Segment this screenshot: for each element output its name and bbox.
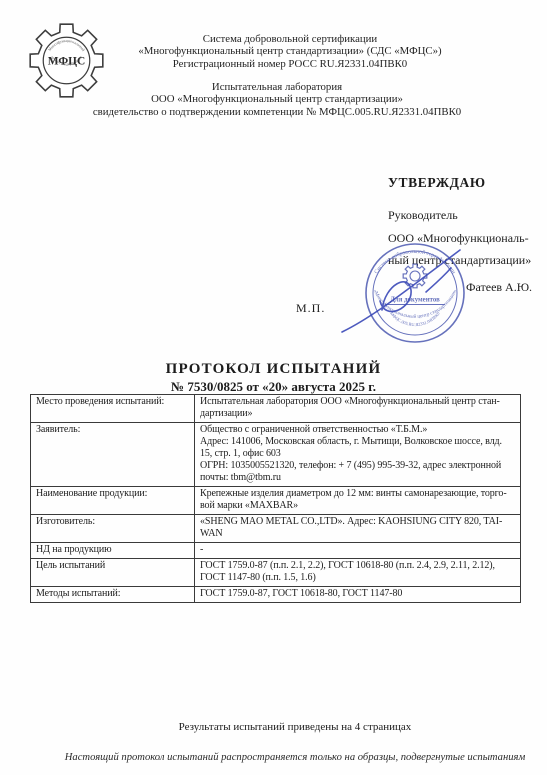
row-value: Общество с ограниченной ответственностью… [195,423,521,487]
row-label: Цель испытаний [31,559,195,587]
row-value: ГОСТ 1759.0-87 (п.п. 2.1, 2.2), ГОСТ 106… [195,559,521,587]
cert-line-1: Система добровольной сертификации [80,33,500,45]
row-label: НД на продукцию [31,543,195,559]
cert-line-2: «Многофункциональный центр стандартизаци… [80,45,500,57]
approval-role: Руководитель [388,204,547,227]
table-row-product: Наименование продукции: Крепежные издели… [31,487,521,515]
row-value: - [195,543,521,559]
row-label: Место проведения испытаний: [31,395,195,423]
table-row-purpose: Цель испытаний ГОСТ 1759.0-87 (п.п. 2.1,… [31,559,521,587]
row-label: Методы испытаний: [31,587,195,603]
lab-line-2: ООО «Многофункциональный центр стандарти… [27,93,527,105]
signature-icon [330,238,480,343]
disclaimer-note: Настоящий протокол испытаний распростран… [43,752,547,763]
cert-line-3: Регистрационный номер РОСС RU.Я2331.04ПВ… [80,58,500,70]
signature [330,238,480,343]
table-row-applicant: Заявитель: Общество с ограниченной ответ… [31,423,521,487]
row-label: Наименование продукции: [31,487,195,515]
certification-system-header: Система добровольной сертификации «Много… [80,33,500,70]
table-row-nd: НД на продукцию - [31,543,521,559]
table-row-place: Место проведения испытаний: Испытательна… [31,395,521,423]
table-row-manufacturer: Изготовитель: «SHENG MAO METAL CO.,LTD».… [31,515,521,543]
table-row-methods: Методы испытаний: ГОСТ 1759.0-87, ГОСТ 1… [31,587,521,603]
row-value: Крепежные изделия диаметром до 12 мм: ви… [195,487,521,515]
results-note: Результаты испытаний приведены на 4 стра… [43,721,547,733]
title-line-1: ПРОТОКОЛ ИСПЫТАНИЙ [0,361,547,378]
row-value: Испытательная лаборатория ООО «Многофунк… [195,395,521,423]
lab-line-3: свидетельство о подтверждении компетенци… [27,106,527,118]
lab-line-1: Испытательная лаборатория [27,81,527,93]
title-line-2: № 7530/0825 от «20» августа 2025 г. [0,379,547,395]
row-value: ГОСТ 1759.0-87, ГОСТ 10618-80, ГОСТ 1147… [195,587,521,603]
laboratory-header: Испытательная лаборатория ООО «Многофунк… [27,81,527,118]
row-label: Заявитель: [31,423,195,487]
protocol-details-table: Место проведения испытаний: Испытательна… [30,394,521,603]
seal-place-mark: М.П. [296,301,325,316]
approval-heading: УТВЕРЖДАЮ [388,175,547,191]
row-label: Изготовитель: [31,515,195,543]
document-title: ПРОТОКОЛ ИСПЫТАНИЙ № 7530/0825 от «20» а… [0,361,547,395]
row-value: «SHENG MAO METAL CO.,LTD». Адрес: KAOHSI… [195,515,521,543]
